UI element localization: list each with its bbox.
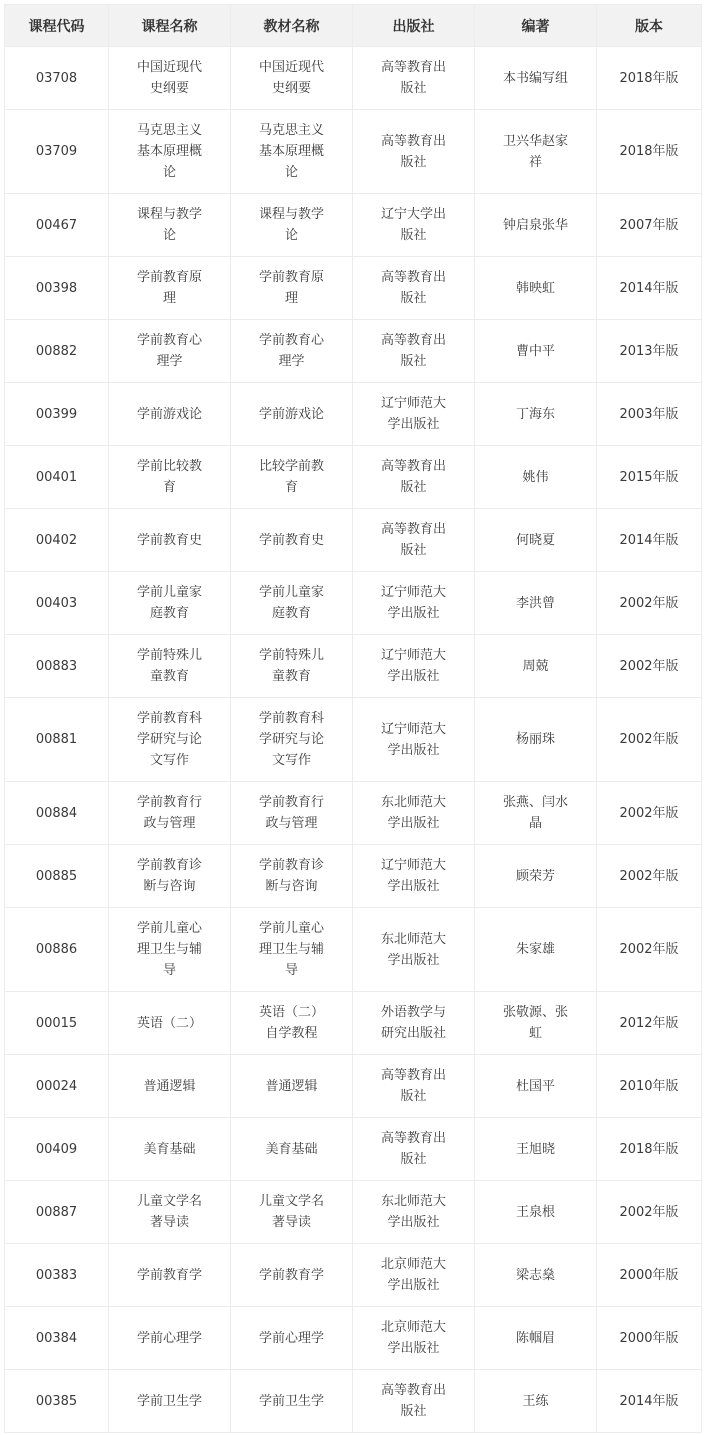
course-code-cell-text: 00882 [36, 341, 77, 362]
publisher-cell-text: 东北师范大学出版社 [376, 1191, 452, 1233]
edition-cell-text: 2015年版 [619, 467, 678, 488]
publisher-cell: 高等教育出版社 [353, 320, 475, 383]
publisher-cell: 辽宁师范大学出版社 [353, 635, 475, 698]
publisher-cell-text: 高等教育出版社 [376, 267, 452, 309]
edition-cell-text: 2018年版 [619, 1139, 678, 1160]
textbook-name-cell: 马克思主义基本原理概论 [231, 110, 353, 194]
header-edition: 版本 [597, 5, 702, 47]
edition-cell-text: 2000年版 [619, 1328, 678, 1349]
edition-cell: 2014年版 [597, 257, 702, 320]
table-row: 00886学前儿童心理卫生与辅导学前儿童心理卫生与辅导东北师范大学出版社朱家雄2… [5, 908, 702, 992]
course-name-cell-text: 学前儿童家庭教育 [132, 582, 208, 624]
author-cell-text: 丁海东 [516, 404, 555, 425]
edition-cell-text: 2002年版 [619, 656, 678, 677]
textbook-name-cell-text: 中国近现代史纲要 [254, 57, 330, 99]
course-code-cell: 00403 [5, 572, 109, 635]
course-code-cell: 00467 [5, 194, 109, 257]
textbook-name-cell: 课程与教学论 [231, 194, 353, 257]
publisher-cell-text: 高等教育出版社 [376, 57, 452, 99]
course-name-cell-text: 普通逻辑 [143, 1076, 195, 1097]
author-cell-text: 卫兴华赵家祥 [498, 131, 574, 173]
author-cell-text: 朱家雄 [516, 939, 555, 960]
edition-cell-text: 2018年版 [619, 68, 678, 89]
edition-cell-text: 2014年版 [619, 530, 678, 551]
course-name-cell-text: 学前教育科学研究与论文写作 [132, 708, 208, 771]
author-cell-text: 王泉根 [516, 1202, 555, 1223]
course-name-cell: 马克思主义基本原理概论 [109, 110, 231, 194]
author-cell-text: 周兢 [522, 656, 548, 677]
table-row: 00401学前比较教育比较学前教育高等教育出版社姚伟2015年版 [5, 446, 702, 509]
edition-cell: 2000年版 [597, 1244, 702, 1307]
edition-cell: 2007年版 [597, 194, 702, 257]
publisher-cell-text: 高等教育出版社 [376, 330, 452, 372]
textbook-name-cell-text: 学前卫生学 [259, 1391, 324, 1412]
publisher-cell: 辽宁师范大学出版社 [353, 698, 475, 782]
publisher-cell-text: 辽宁师范大学出版社 [376, 393, 452, 435]
course-name-cell: 学前游戏论 [109, 383, 231, 446]
course-code-cell: 00015 [5, 992, 109, 1055]
textbook-name-cell: 学前教育科学研究与论文写作 [231, 698, 353, 782]
publisher-cell: 东北师范大学出版社 [353, 1181, 475, 1244]
publisher-cell-text: 辽宁师范大学出版社 [376, 855, 452, 897]
course-code-cell: 00385 [5, 1370, 109, 1433]
publisher-cell-text: 东北师范大学出版社 [376, 929, 452, 971]
edition-cell-text: 2002年版 [619, 593, 678, 614]
course-code-cell: 00384 [5, 1307, 109, 1370]
author-cell: 曹中平 [475, 320, 597, 383]
publisher-cell-text: 北京师范大学出版社 [376, 1317, 452, 1359]
course-code-cell-text: 00402 [36, 530, 77, 551]
publisher-cell-text: 高等教育出版社 [376, 519, 452, 561]
edition-cell: 2015年版 [597, 446, 702, 509]
header-course-code: 课程代码 [5, 5, 109, 47]
author-cell: 朱家雄 [475, 908, 597, 992]
textbook-name-cell: 学前儿童心理卫生与辅导 [231, 908, 353, 992]
author-cell: 丁海东 [475, 383, 597, 446]
course-code-cell: 00024 [5, 1055, 109, 1118]
table-row: 00024普通逻辑普通逻辑高等教育出版社杜国平2010年版 [5, 1055, 702, 1118]
textbook-name-cell-text: 学前特殊儿童教育 [254, 645, 330, 687]
course-name-cell: 学前教育原理 [109, 257, 231, 320]
course-name-cell-text: 中国近现代史纲要 [132, 57, 208, 99]
course-name-cell-text: 学前比较教育 [132, 456, 208, 498]
course-name-cell-text: 学前心理学 [137, 1328, 202, 1349]
course-code-cell-text: 00399 [36, 404, 77, 425]
edition-cell: 2002年版 [597, 572, 702, 635]
publisher-cell: 高等教育出版社 [353, 1118, 475, 1181]
course-code-cell-text: 00467 [36, 215, 77, 236]
author-cell-text: 曹中平 [516, 341, 555, 362]
course-name-cell: 学前儿童心理卫生与辅导 [109, 908, 231, 992]
publisher-cell-text: 辽宁大学出版社 [376, 204, 452, 246]
edition-cell-text: 2013年版 [619, 341, 678, 362]
course-name-cell: 普通逻辑 [109, 1055, 231, 1118]
author-cell-text: 杨丽珠 [516, 729, 555, 750]
edition-cell-text: 2014年版 [619, 1391, 678, 1412]
publisher-cell: 高等教育出版社 [353, 446, 475, 509]
publisher-cell: 外语教学与研究出版社 [353, 992, 475, 1055]
publisher-cell: 高等教育出版社 [353, 1370, 475, 1433]
table-row: 00399学前游戏论学前游戏论辽宁师范大学出版社丁海东2003年版 [5, 383, 702, 446]
publisher-cell: 东北师范大学出版社 [353, 908, 475, 992]
textbook-name-cell-text: 学前儿童心理卫生与辅导 [254, 918, 330, 981]
textbook-name-cell-text: 课程与教学论 [254, 204, 330, 246]
table-header: 课程代码 课程名称 教材名称 出版社 编著 版本 [5, 5, 702, 47]
author-cell: 王练 [475, 1370, 597, 1433]
table-row: 00885学前教育诊断与咨询学前教育诊断与咨询辽宁师范大学出版社顾荣芳2002年… [5, 845, 702, 908]
table-row: 00403学前儿童家庭教育学前儿童家庭教育辽宁师范大学出版社李洪曾2002年版 [5, 572, 702, 635]
course-code-cell-text: 00881 [36, 729, 77, 750]
course-code-cell-text: 00887 [36, 1202, 77, 1223]
author-cell-text: 李洪曾 [516, 593, 555, 614]
header-row: 课程代码 课程名称 教材名称 出版社 编著 版本 [5, 5, 702, 47]
edition-cell: 2000年版 [597, 1307, 702, 1370]
publisher-cell-text: 辽宁师范大学出版社 [376, 719, 452, 761]
textbook-name-cell-text: 英语（二）自学教程 [254, 1002, 330, 1044]
textbook-table: 课程代码 课程名称 教材名称 出版社 编著 版本 03708中国近现代史纲要中国… [4, 4, 702, 1433]
course-code-cell: 00401 [5, 446, 109, 509]
course-name-cell-text: 学前教育史 [137, 530, 202, 551]
edition-cell: 2013年版 [597, 320, 702, 383]
author-cell-text: 杜国平 [516, 1076, 555, 1097]
table-row: 00402学前教育史学前教育史高等教育出版社何晓夏2014年版 [5, 509, 702, 572]
course-code-cell: 00402 [5, 509, 109, 572]
course-code-cell: 00886 [5, 908, 109, 992]
author-cell: 本书编写组 [475, 47, 597, 110]
table-row: 00467课程与教学论课程与教学论辽宁大学出版社钟启泉张华2007年版 [5, 194, 702, 257]
edition-cell-text: 2002年版 [619, 939, 678, 960]
course-code-cell-text: 00384 [36, 1328, 77, 1349]
textbook-name-cell: 学前教育诊断与咨询 [231, 845, 353, 908]
header-course-name: 课程名称 [109, 5, 231, 47]
publisher-cell: 辽宁师范大学出版社 [353, 383, 475, 446]
textbook-name-cell: 美育基础 [231, 1118, 353, 1181]
course-name-cell-text: 学前儿童心理卫生与辅导 [132, 918, 208, 981]
edition-cell: 2012年版 [597, 992, 702, 1055]
course-name-cell: 学前教育诊断与咨询 [109, 845, 231, 908]
edition-cell-text: 2002年版 [619, 803, 678, 824]
course-name-cell: 英语（二） [109, 992, 231, 1055]
course-code-cell-text: 00883 [36, 656, 77, 677]
course-name-cell: 儿童文学名著导读 [109, 1181, 231, 1244]
course-code-cell-text: 00398 [36, 278, 77, 299]
publisher-cell: 北京师范大学出版社 [353, 1307, 475, 1370]
publisher-cell-text: 辽宁师范大学出版社 [376, 645, 452, 687]
course-name-cell-text: 学前卫生学 [137, 1391, 202, 1412]
publisher-cell-text: 高等教育出版社 [376, 1380, 452, 1422]
textbook-name-cell-text: 学前教育科学研究与论文写作 [254, 708, 330, 771]
table-row: 00883学前特殊儿童教育学前特殊儿童教育辽宁师范大学出版社周兢2002年版 [5, 635, 702, 698]
textbook-name-cell: 儿童文学名著导读 [231, 1181, 353, 1244]
edition-cell: 2002年版 [597, 698, 702, 782]
author-cell: 杜国平 [475, 1055, 597, 1118]
textbook-name-cell: 学前教育行政与管理 [231, 782, 353, 845]
author-cell: 姚伟 [475, 446, 597, 509]
course-code-cell: 03709 [5, 110, 109, 194]
course-code-cell: 00409 [5, 1118, 109, 1181]
publisher-cell: 辽宁师范大学出版社 [353, 572, 475, 635]
course-name-cell: 美育基础 [109, 1118, 231, 1181]
textbook-name-cell: 学前心理学 [231, 1307, 353, 1370]
edition-cell: 2002年版 [597, 845, 702, 908]
course-name-cell-text: 学前教育行政与管理 [132, 792, 208, 834]
author-cell: 卫兴华赵家祥 [475, 110, 597, 194]
course-code-cell: 00887 [5, 1181, 109, 1244]
author-cell: 张敬源、张虹 [475, 992, 597, 1055]
textbook-name-cell: 比较学前教育 [231, 446, 353, 509]
publisher-cell-text: 东北师范大学出版社 [376, 792, 452, 834]
table-body: 03708中国近现代史纲要中国近现代史纲要高等教育出版社本书编写组2018年版0… [5, 47, 702, 1433]
course-code-cell: 03708 [5, 47, 109, 110]
course-name-cell: 学前教育学 [109, 1244, 231, 1307]
course-code-cell-text: 00024 [36, 1076, 77, 1097]
course-code-cell: 00399 [5, 383, 109, 446]
author-cell-text: 梁志燊 [516, 1265, 555, 1286]
author-cell-text: 本书编写组 [503, 68, 568, 89]
table-row: 03709马克思主义基本原理概论马克思主义基本原理概论高等教育出版社卫兴华赵家祥… [5, 110, 702, 194]
course-name-cell-text: 学前教育原理 [132, 267, 208, 309]
textbook-name-cell-text: 学前教育原理 [254, 267, 330, 309]
course-code-cell-text: 00383 [36, 1265, 77, 1286]
textbook-name-cell: 学前特殊儿童教育 [231, 635, 353, 698]
author-cell-text: 陈帼眉 [516, 1328, 555, 1349]
edition-cell-text: 2002年版 [619, 729, 678, 750]
course-code-cell: 00884 [5, 782, 109, 845]
edition-cell: 2003年版 [597, 383, 702, 446]
textbook-name-cell-text: 学前教育学 [259, 1265, 324, 1286]
publisher-cell: 高等教育出版社 [353, 47, 475, 110]
page-container: 课程代码 课程名称 教材名称 出版社 编著 版本 03708中国近现代史纲要中国… [0, 0, 706, 1433]
author-cell-text: 王练 [522, 1391, 548, 1412]
course-name-cell-text: 学前特殊儿童教育 [132, 645, 208, 687]
course-code-cell: 00883 [5, 635, 109, 698]
edition-cell: 2018年版 [597, 1118, 702, 1181]
course-code-cell-text: 00015 [36, 1013, 77, 1034]
table-row: 00882学前教育心理学学前教育心理学高等教育出版社曹中平2013年版 [5, 320, 702, 383]
course-code-cell: 00882 [5, 320, 109, 383]
textbook-name-cell-text: 普通逻辑 [265, 1076, 317, 1097]
course-name-cell-text: 课程与教学论 [132, 204, 208, 246]
course-name-cell: 学前教育心理学 [109, 320, 231, 383]
edition-cell: 2002年版 [597, 635, 702, 698]
course-name-cell: 学前教育史 [109, 509, 231, 572]
publisher-cell: 东北师范大学出版社 [353, 782, 475, 845]
table-row: 00881学前教育科学研究与论文写作学前教育科学研究与论文写作辽宁师范大学出版社… [5, 698, 702, 782]
course-code-cell-text: 00884 [36, 803, 77, 824]
edition-cell-text: 2018年版 [619, 141, 678, 162]
publisher-cell-text: 外语教学与研究出版社 [376, 1002, 452, 1044]
textbook-name-cell-text: 学前教育诊断与咨询 [254, 855, 330, 897]
author-cell-text: 何晓夏 [516, 530, 555, 551]
textbook-name-cell: 学前儿童家庭教育 [231, 572, 353, 635]
course-code-cell: 00881 [5, 698, 109, 782]
course-code-cell-text: 03709 [36, 141, 77, 162]
course-code-cell-text: 00385 [36, 1391, 77, 1412]
textbook-name-cell: 中国近现代史纲要 [231, 47, 353, 110]
publisher-cell: 高等教育出版社 [353, 257, 475, 320]
course-name-cell: 中国近现代史纲要 [109, 47, 231, 110]
course-name-cell: 学前比较教育 [109, 446, 231, 509]
header-textbook-name: 教材名称 [231, 5, 353, 47]
textbook-name-cell-text: 儿童文学名著导读 [254, 1191, 330, 1233]
author-cell-text: 张敬源、张虹 [498, 1002, 574, 1044]
table-row: 03708中国近现代史纲要中国近现代史纲要高等教育出版社本书编写组2018年版 [5, 47, 702, 110]
publisher-cell-text: 辽宁师范大学出版社 [376, 582, 452, 624]
course-name-cell-text: 英语（二） [137, 1013, 202, 1034]
textbook-name-cell-text: 学前游戏论 [259, 404, 324, 425]
course-name-cell: 学前心理学 [109, 1307, 231, 1370]
edition-cell: 2014年版 [597, 509, 702, 572]
course-name-cell: 学前特殊儿童教育 [109, 635, 231, 698]
publisher-cell-text: 北京师范大学出版社 [376, 1254, 452, 1296]
textbook-name-cell-text: 学前儿童家庭教育 [254, 582, 330, 624]
course-name-cell: 学前教育行政与管理 [109, 782, 231, 845]
course-name-cell-text: 学前游戏论 [137, 404, 202, 425]
publisher-cell: 北京师范大学出版社 [353, 1244, 475, 1307]
edition-cell: 2002年版 [597, 782, 702, 845]
course-name-cell: 学前儿童家庭教育 [109, 572, 231, 635]
course-code-cell: 00398 [5, 257, 109, 320]
edition-cell-text: 2002年版 [619, 866, 678, 887]
author-cell: 韩映虹 [475, 257, 597, 320]
course-name-cell-text: 美育基础 [143, 1139, 195, 1160]
author-cell: 钟启泉张华 [475, 194, 597, 257]
textbook-name-cell: 学前卫生学 [231, 1370, 353, 1433]
course-code-cell-text: 03708 [36, 68, 77, 89]
edition-cell: 2002年版 [597, 908, 702, 992]
table-row: 00384学前心理学学前心理学北京师范大学出版社陈帼眉2000年版 [5, 1307, 702, 1370]
author-cell: 梁志燊 [475, 1244, 597, 1307]
edition-cell-text: 2003年版 [619, 404, 678, 425]
author-cell: 陈帼眉 [475, 1307, 597, 1370]
course-name-cell: 学前卫生学 [109, 1370, 231, 1433]
course-name-cell-text: 马克思主义基本原理概论 [132, 120, 208, 183]
table-row: 00385学前卫生学学前卫生学高等教育出版社王练2014年版 [5, 1370, 702, 1433]
edition-cell: 2002年版 [597, 1181, 702, 1244]
course-code-cell-text: 00403 [36, 593, 77, 614]
author-cell-text: 钟启泉张华 [503, 215, 568, 236]
author-cell-text: 顾荣芳 [516, 866, 555, 887]
textbook-name-cell-text: 学前教育心理学 [254, 330, 330, 372]
textbook-name-cell: 学前教育史 [231, 509, 353, 572]
author-cell: 何晓夏 [475, 509, 597, 572]
publisher-cell-text: 高等教育出版社 [376, 131, 452, 173]
author-cell: 顾荣芳 [475, 845, 597, 908]
table-row: 00383学前教育学学前教育学北京师范大学出版社梁志燊2000年版 [5, 1244, 702, 1307]
edition-cell-text: 2007年版 [619, 215, 678, 236]
edition-cell-text: 2012年版 [619, 1013, 678, 1034]
edition-cell: 2018年版 [597, 110, 702, 194]
publisher-cell: 辽宁大学出版社 [353, 194, 475, 257]
textbook-name-cell: 学前游戏论 [231, 383, 353, 446]
table-row: 00015英语（二）英语（二）自学教程外语教学与研究出版社张敬源、张虹2012年… [5, 992, 702, 1055]
author-cell-text: 王旭晓 [516, 1139, 555, 1160]
author-cell: 张燕、闫水晶 [475, 782, 597, 845]
course-code-cell-text: 00885 [36, 866, 77, 887]
course-name-cell: 学前教育科学研究与论文写作 [109, 698, 231, 782]
publisher-cell: 辽宁师范大学出版社 [353, 845, 475, 908]
course-name-cell-text: 学前教育学 [137, 1265, 202, 1286]
publisher-cell: 高等教育出版社 [353, 1055, 475, 1118]
publisher-cell-text: 高等教育出版社 [376, 456, 452, 498]
textbook-name-cell: 普通逻辑 [231, 1055, 353, 1118]
edition-cell: 2018年版 [597, 47, 702, 110]
course-code-cell-text: 00409 [36, 1139, 77, 1160]
course-name-cell: 课程与教学论 [109, 194, 231, 257]
table-row: 00887儿童文学名著导读儿童文学名著导读东北师范大学出版社王泉根2002年版 [5, 1181, 702, 1244]
author-cell-text: 韩映虹 [516, 278, 555, 299]
publisher-cell-text: 高等教育出版社 [376, 1128, 452, 1170]
table-row: 00409美育基础美育基础高等教育出版社王旭晓2018年版 [5, 1118, 702, 1181]
header-author: 编著 [475, 5, 597, 47]
textbook-name-cell: 学前教育原理 [231, 257, 353, 320]
course-code-cell: 00383 [5, 1244, 109, 1307]
edition-cell-text: 2010年版 [619, 1076, 678, 1097]
publisher-cell: 高等教育出版社 [353, 509, 475, 572]
textbook-name-cell-text: 美育基础 [265, 1139, 317, 1160]
textbook-name-cell: 学前教育学 [231, 1244, 353, 1307]
course-name-cell-text: 学前教育诊断与咨询 [132, 855, 208, 897]
publisher-cell-text: 高等教育出版社 [376, 1065, 452, 1107]
author-cell-text: 张燕、闫水晶 [498, 792, 574, 834]
edition-cell: 2010年版 [597, 1055, 702, 1118]
edition-cell-text: 2000年版 [619, 1265, 678, 1286]
edition-cell: 2014年版 [597, 1370, 702, 1433]
author-cell: 杨丽珠 [475, 698, 597, 782]
textbook-name-cell-text: 学前教育史 [259, 530, 324, 551]
course-name-cell-text: 学前教育心理学 [132, 330, 208, 372]
textbook-name-cell: 英语（二）自学教程 [231, 992, 353, 1055]
author-cell: 王旭晓 [475, 1118, 597, 1181]
textbook-name-cell-text: 马克思主义基本原理概论 [254, 120, 330, 183]
textbook-name-cell: 学前教育心理学 [231, 320, 353, 383]
textbook-name-cell-text: 学前教育行政与管理 [254, 792, 330, 834]
textbook-name-cell-text: 学前心理学 [259, 1328, 324, 1349]
course-code-cell: 00885 [5, 845, 109, 908]
table-row: 00884学前教育行政与管理学前教育行政与管理东北师范大学出版社张燕、闫水晶20… [5, 782, 702, 845]
publisher-cell: 高等教育出版社 [353, 110, 475, 194]
textbook-name-cell-text: 比较学前教育 [254, 456, 330, 498]
author-cell: 李洪曾 [475, 572, 597, 635]
edition-cell-text: 2014年版 [619, 278, 678, 299]
author-cell: 周兢 [475, 635, 597, 698]
header-publisher: 出版社 [353, 5, 475, 47]
table-row: 00398学前教育原理学前教育原理高等教育出版社韩映虹2014年版 [5, 257, 702, 320]
course-name-cell-text: 儿童文学名著导读 [132, 1191, 208, 1233]
course-code-cell-text: 00401 [36, 467, 77, 488]
author-cell-text: 姚伟 [522, 467, 548, 488]
course-code-cell-text: 00886 [36, 939, 77, 960]
edition-cell-text: 2002年版 [619, 1202, 678, 1223]
author-cell: 王泉根 [475, 1181, 597, 1244]
